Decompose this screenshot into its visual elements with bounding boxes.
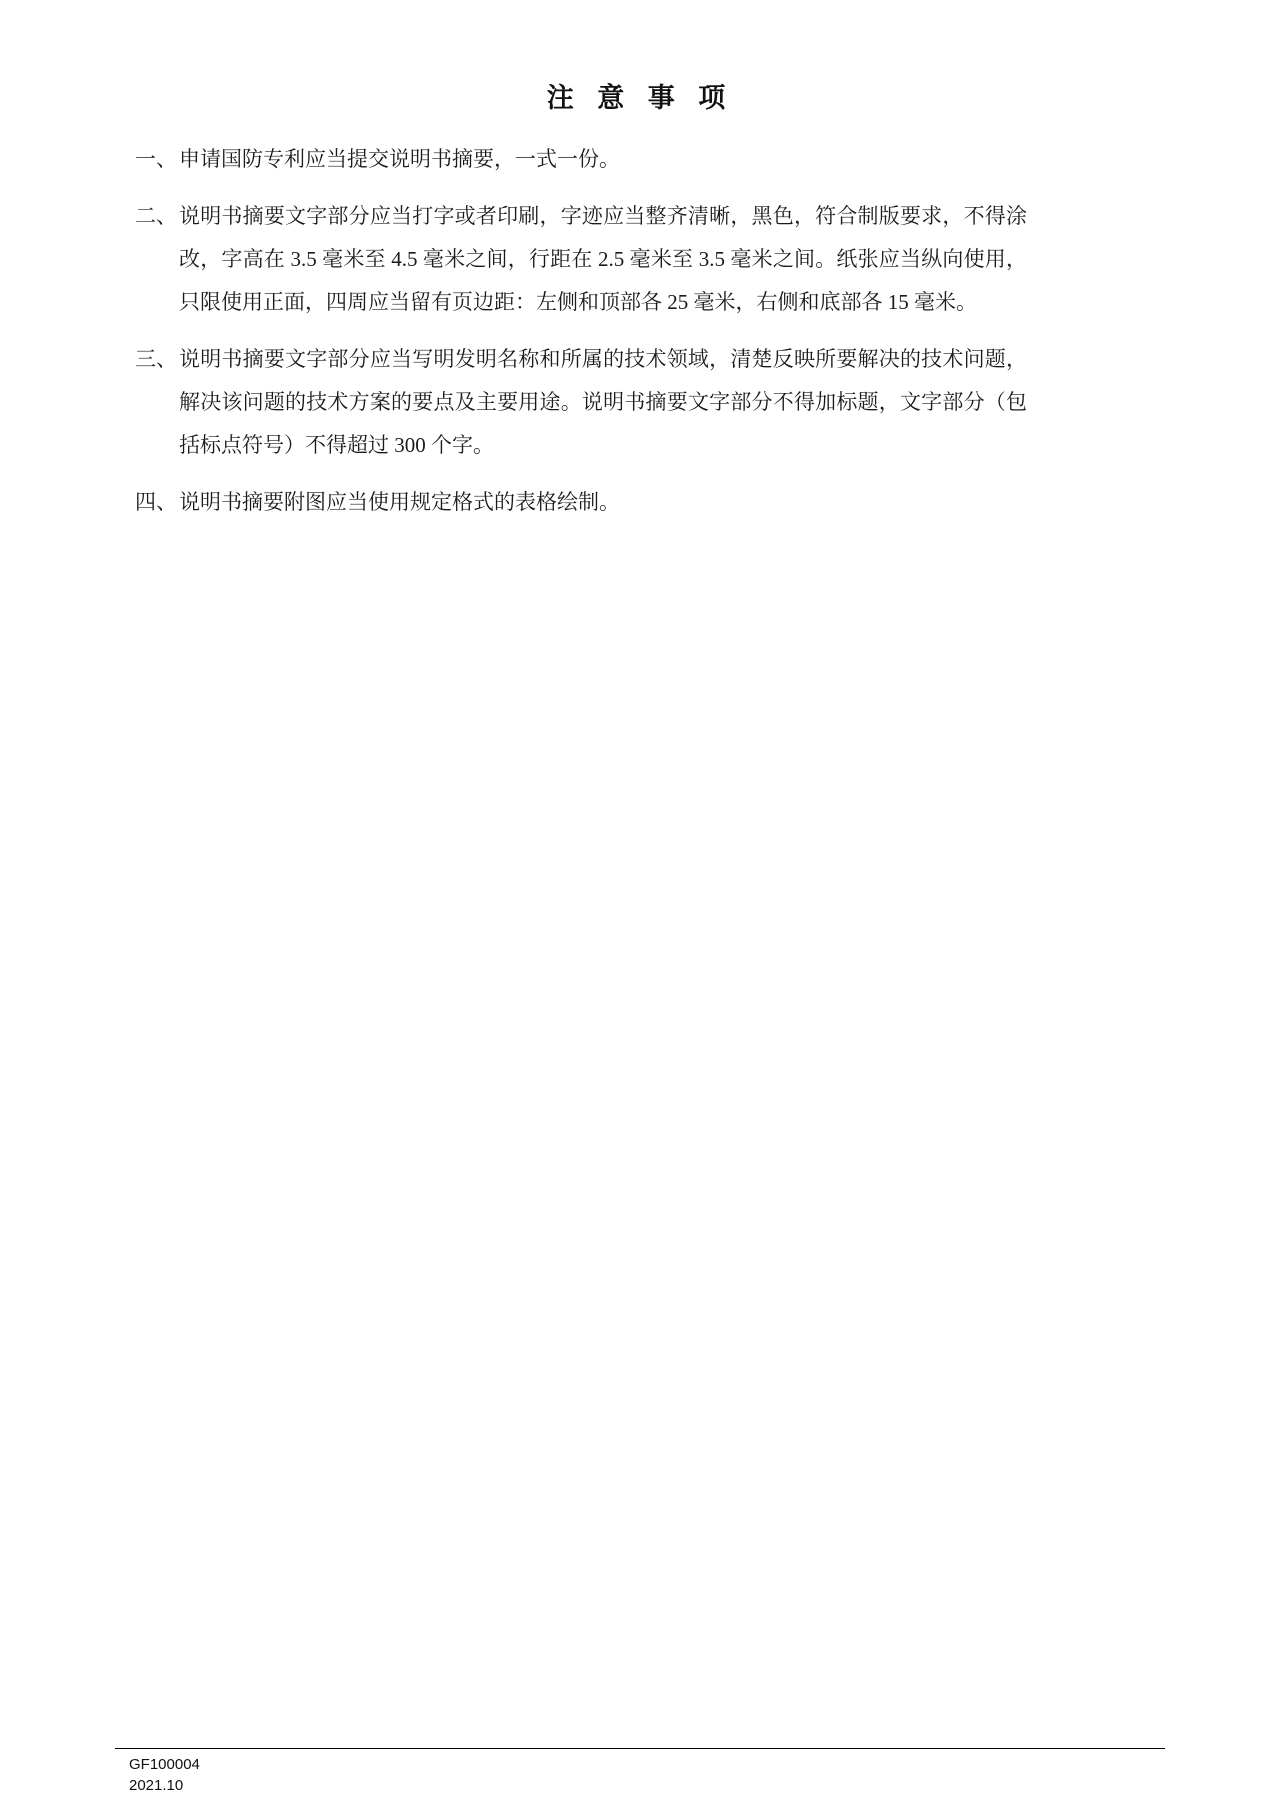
item-number: 四、 [135,481,179,524]
item-text: 说明书摘要文字部分应当打字或者印刷，字迹应当整齐清晰，黑色，符合制版要求，不得涂… [179,195,1027,324]
item-text: 申请国防专利应当提交说明书摘要，一式一份。 [179,138,1027,181]
document-page: 注 意 事 项 一、 申请国防专利应当提交说明书摘要，一式一份。 二、 说明书摘… [0,0,1280,1810]
notice-list: 一、 申请国防专利应当提交说明书摘要，一式一份。 二、 说明书摘要文字部分应当打… [135,138,1027,538]
form-date: 2021.10 [129,1775,1165,1796]
notice-item-1: 一、 申请国防专利应当提交说明书摘要，一式一份。 [135,138,1027,181]
page-footer: GF100004 2021.10 [115,1748,1165,1796]
item-number: 二、 [135,195,179,238]
form-code: GF100004 [129,1754,1165,1775]
item-number: 一、 [135,138,179,181]
item-text: 说明书摘要文字部分应当写明发明名称和所属的技术领域，清楚反映所要解决的技术问题，… [179,338,1027,467]
item-number: 三、 [135,338,179,381]
notice-item-3: 三、 说明书摘要文字部分应当写明发明名称和所属的技术领域，清楚反映所要解决的技术… [135,338,1027,467]
notice-item-4: 四、 说明书摘要附图应当使用规定格式的表格绘制。 [135,481,1027,524]
item-text: 说明书摘要附图应当使用规定格式的表格绘制。 [179,481,1027,524]
notice-item-2: 二、 说明书摘要文字部分应当打字或者印刷，字迹应当整齐清晰，黑色，符合制版要求，… [135,195,1027,324]
page-title: 注 意 事 项 [0,76,1280,115]
